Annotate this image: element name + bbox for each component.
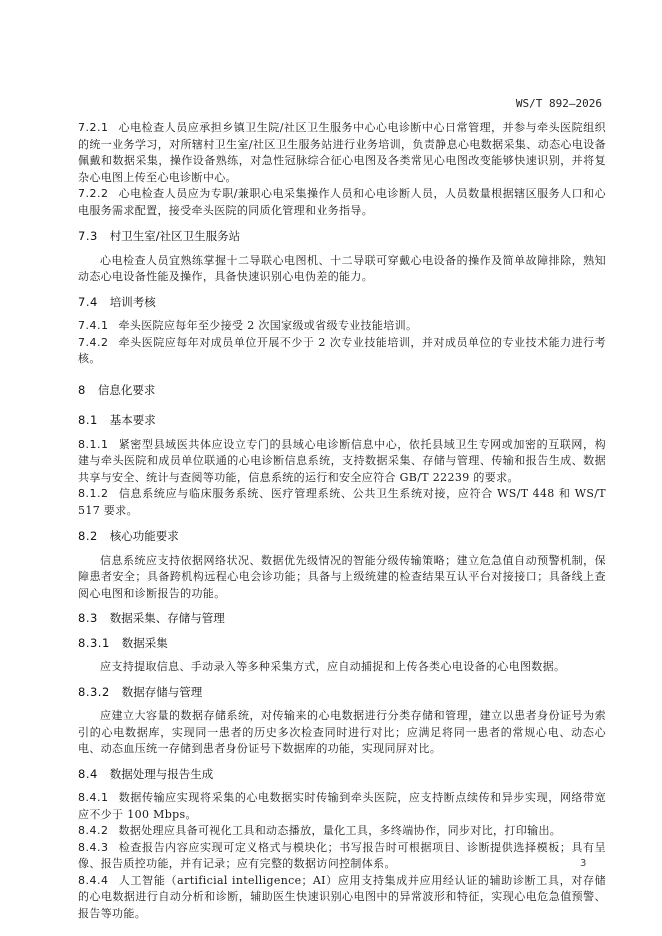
- heading-title: 信息化要求: [98, 383, 156, 397]
- heading-title: 培训考核: [110, 295, 156, 309]
- heading-title: 核心功能要求: [110, 529, 179, 543]
- heading-number: 8.4: [78, 767, 98, 781]
- clause-number: 8.4.3: [78, 841, 109, 854]
- heading-title: 村卫生室/社区卫生服务站: [110, 229, 240, 243]
- clause-7-2-1: 7.2.1心电检查人员应承担乡镇卫生院/社区卫生服务中心心电诊断中心日常管理，并…: [78, 120, 606, 186]
- clause-text: 牵头医院应每年至少接受 2 次国家级或省级专业技能培训。: [119, 319, 418, 332]
- clause-text: 检查报告内容应实现可定义格式与模块化；书写报告时可根据项目、诊断提供选择模板；具…: [78, 841, 606, 871]
- paragraph-8-2: 信息系统应支持依据网络状况、数据优先级情况的智能分级传输策略；建立危急值自动预警…: [78, 553, 606, 603]
- heading-number: 7.3: [78, 229, 98, 243]
- page-number: 3: [580, 858, 586, 869]
- document-page: WS/T 892—2026 7.2.1心电检查人员应承担乡镇卫生院/社区卫生服务…: [0, 0, 662, 936]
- clause-text: 紧密型县域医共体应设立专门的县域心电诊断信息中心，依托县域卫生专网或加密的互联网…: [78, 438, 606, 484]
- heading-title: 基本要求: [110, 413, 156, 427]
- heading-title: 数据采集: [122, 636, 168, 650]
- paragraph-8-3-1: 应支持提取信息、手动录入等多种采集方式，应自动捕捉和上传各类心电设备的心电图数据…: [78, 659, 606, 676]
- heading-number: 8: [78, 383, 86, 397]
- clause-text: 信息系统应与临床服务系统、医疗管理系统、公共卫生系统对接，应符合 WS/T 44…: [78, 487, 606, 517]
- heading-number: 8.2: [78, 529, 98, 543]
- heading-number: 7.4: [78, 295, 98, 309]
- heading-8: 8信息化要求: [78, 382, 606, 399]
- paragraph-7-3: 心电检查人员宜熟练掌握十二导联心电图机、十二导联可穿戴心电设备的操作及简单故障排…: [78, 253, 606, 286]
- clause-text: 人工智能（artificial intelligence；AI）应用支持集成并应…: [78, 874, 606, 920]
- heading-number: 8.1: [78, 413, 98, 427]
- clause-number: 8.1.1: [78, 438, 109, 451]
- clause-8-4-4: 8.4.4人工智能（artificial intelligence；AI）应用支…: [78, 873, 606, 923]
- heading-7-4: 7.4培训考核: [78, 294, 606, 311]
- document-code-header: WS/T 892—2026: [516, 97, 602, 110]
- clause-text: 心电检查人员应为专职/兼职心电采集操作人员和心电诊断人员，人员数量根据辖区服务人…: [78, 187, 606, 217]
- heading-title: 数据处理与报告生成: [110, 767, 214, 781]
- heading-number: 8.3: [78, 611, 98, 625]
- heading-8-1: 8.1基本要求: [78, 412, 606, 429]
- heading-8-2: 8.2核心功能要求: [78, 528, 606, 545]
- clause-7-4-2: 7.4.2牵头医院应每年对成员单位开展不少于 2 次专业技能培训，并对成员单位的…: [78, 335, 606, 368]
- clause-number: 7.2.2: [78, 187, 109, 200]
- clause-number: 7.4.1: [78, 319, 109, 332]
- heading-title: 数据存储与管理: [122, 685, 203, 699]
- heading-7-3: 7.3村卫生室/社区卫生服务站: [78, 228, 606, 245]
- clause-number: 7.2.1: [78, 121, 109, 134]
- clause-8-4-2: 8.4.2数据处理应具备可视化工具和动态播放，量化工具，多终端协作，同步对比，打…: [78, 823, 606, 840]
- clause-number: 7.4.2: [78, 336, 109, 349]
- heading-8-3-2: 8.3.2数据存储与管理: [78, 684, 606, 701]
- clause-text: 心电检查人员应承担乡镇卫生院/社区卫生服务中心心电诊断中心日常管理，并参与牵头医…: [78, 121, 606, 184]
- clause-text: 牵头医院应每年对成员单位开展不少于 2 次专业技能培训，并对成员单位的专业技术能…: [78, 336, 606, 366]
- clause-number: 8.1.2: [78, 487, 109, 500]
- clause-text: 数据处理应具备可视化工具和动态播放，量化工具，多终端协作，同步对比，打印输出。: [119, 824, 562, 837]
- heading-number: 8.3.2: [78, 685, 110, 699]
- paragraph-8-3-2: 应建立大容量的数据存储系统，对传输来的心电数据进行分类存储和管理，建立以患者身份…: [78, 708, 606, 758]
- clause-number: 8.4.2: [78, 824, 109, 837]
- clause-7-2-2: 7.2.2心电检查人员应为专职/兼职心电采集操作人员和心电诊断人员，人员数量根据…: [78, 186, 606, 219]
- heading-8-4: 8.4数据处理与报告生成: [78, 766, 606, 783]
- clause-8-1-1: 8.1.1紧密型县域医共体应设立专门的县域心电诊断信息中心，依托县域卫生专网或加…: [78, 437, 606, 487]
- clause-8-4-1: 8.4.1数据传输应实现将采集的心电数据实时传输到牵头医院，应支持断点续传和异步…: [78, 790, 606, 823]
- document-body: 7.2.1心电检查人员应承担乡镇卫生院/社区卫生服务中心心电诊断中心日常管理，并…: [78, 120, 606, 922]
- clause-number: 8.4.1: [78, 791, 109, 804]
- heading-8-3-1: 8.3.1数据采集: [78, 635, 606, 652]
- clause-8-1-2: 8.1.2信息系统应与临床服务系统、医疗管理系统、公共卫生系统对接，应符合 WS…: [78, 486, 606, 519]
- heading-8-3: 8.3数据采集、存储与管理: [78, 610, 606, 627]
- clause-number: 8.4.4: [78, 874, 109, 887]
- heading-title: 数据采集、存储与管理: [110, 611, 225, 625]
- clause-8-4-3: 8.4.3检查报告内容应实现可定义格式与模块化；书写报告时可根据项目、诊断提供选…: [78, 840, 606, 873]
- heading-number: 8.3.1: [78, 636, 110, 650]
- clause-7-4-1: 7.4.1牵头医院应每年至少接受 2 次国家级或省级专业技能培训。: [78, 318, 606, 335]
- clause-text: 数据传输应实现将采集的心电数据实时传输到牵头医院，应支持断点续传和异步实现，网络…: [78, 791, 606, 821]
